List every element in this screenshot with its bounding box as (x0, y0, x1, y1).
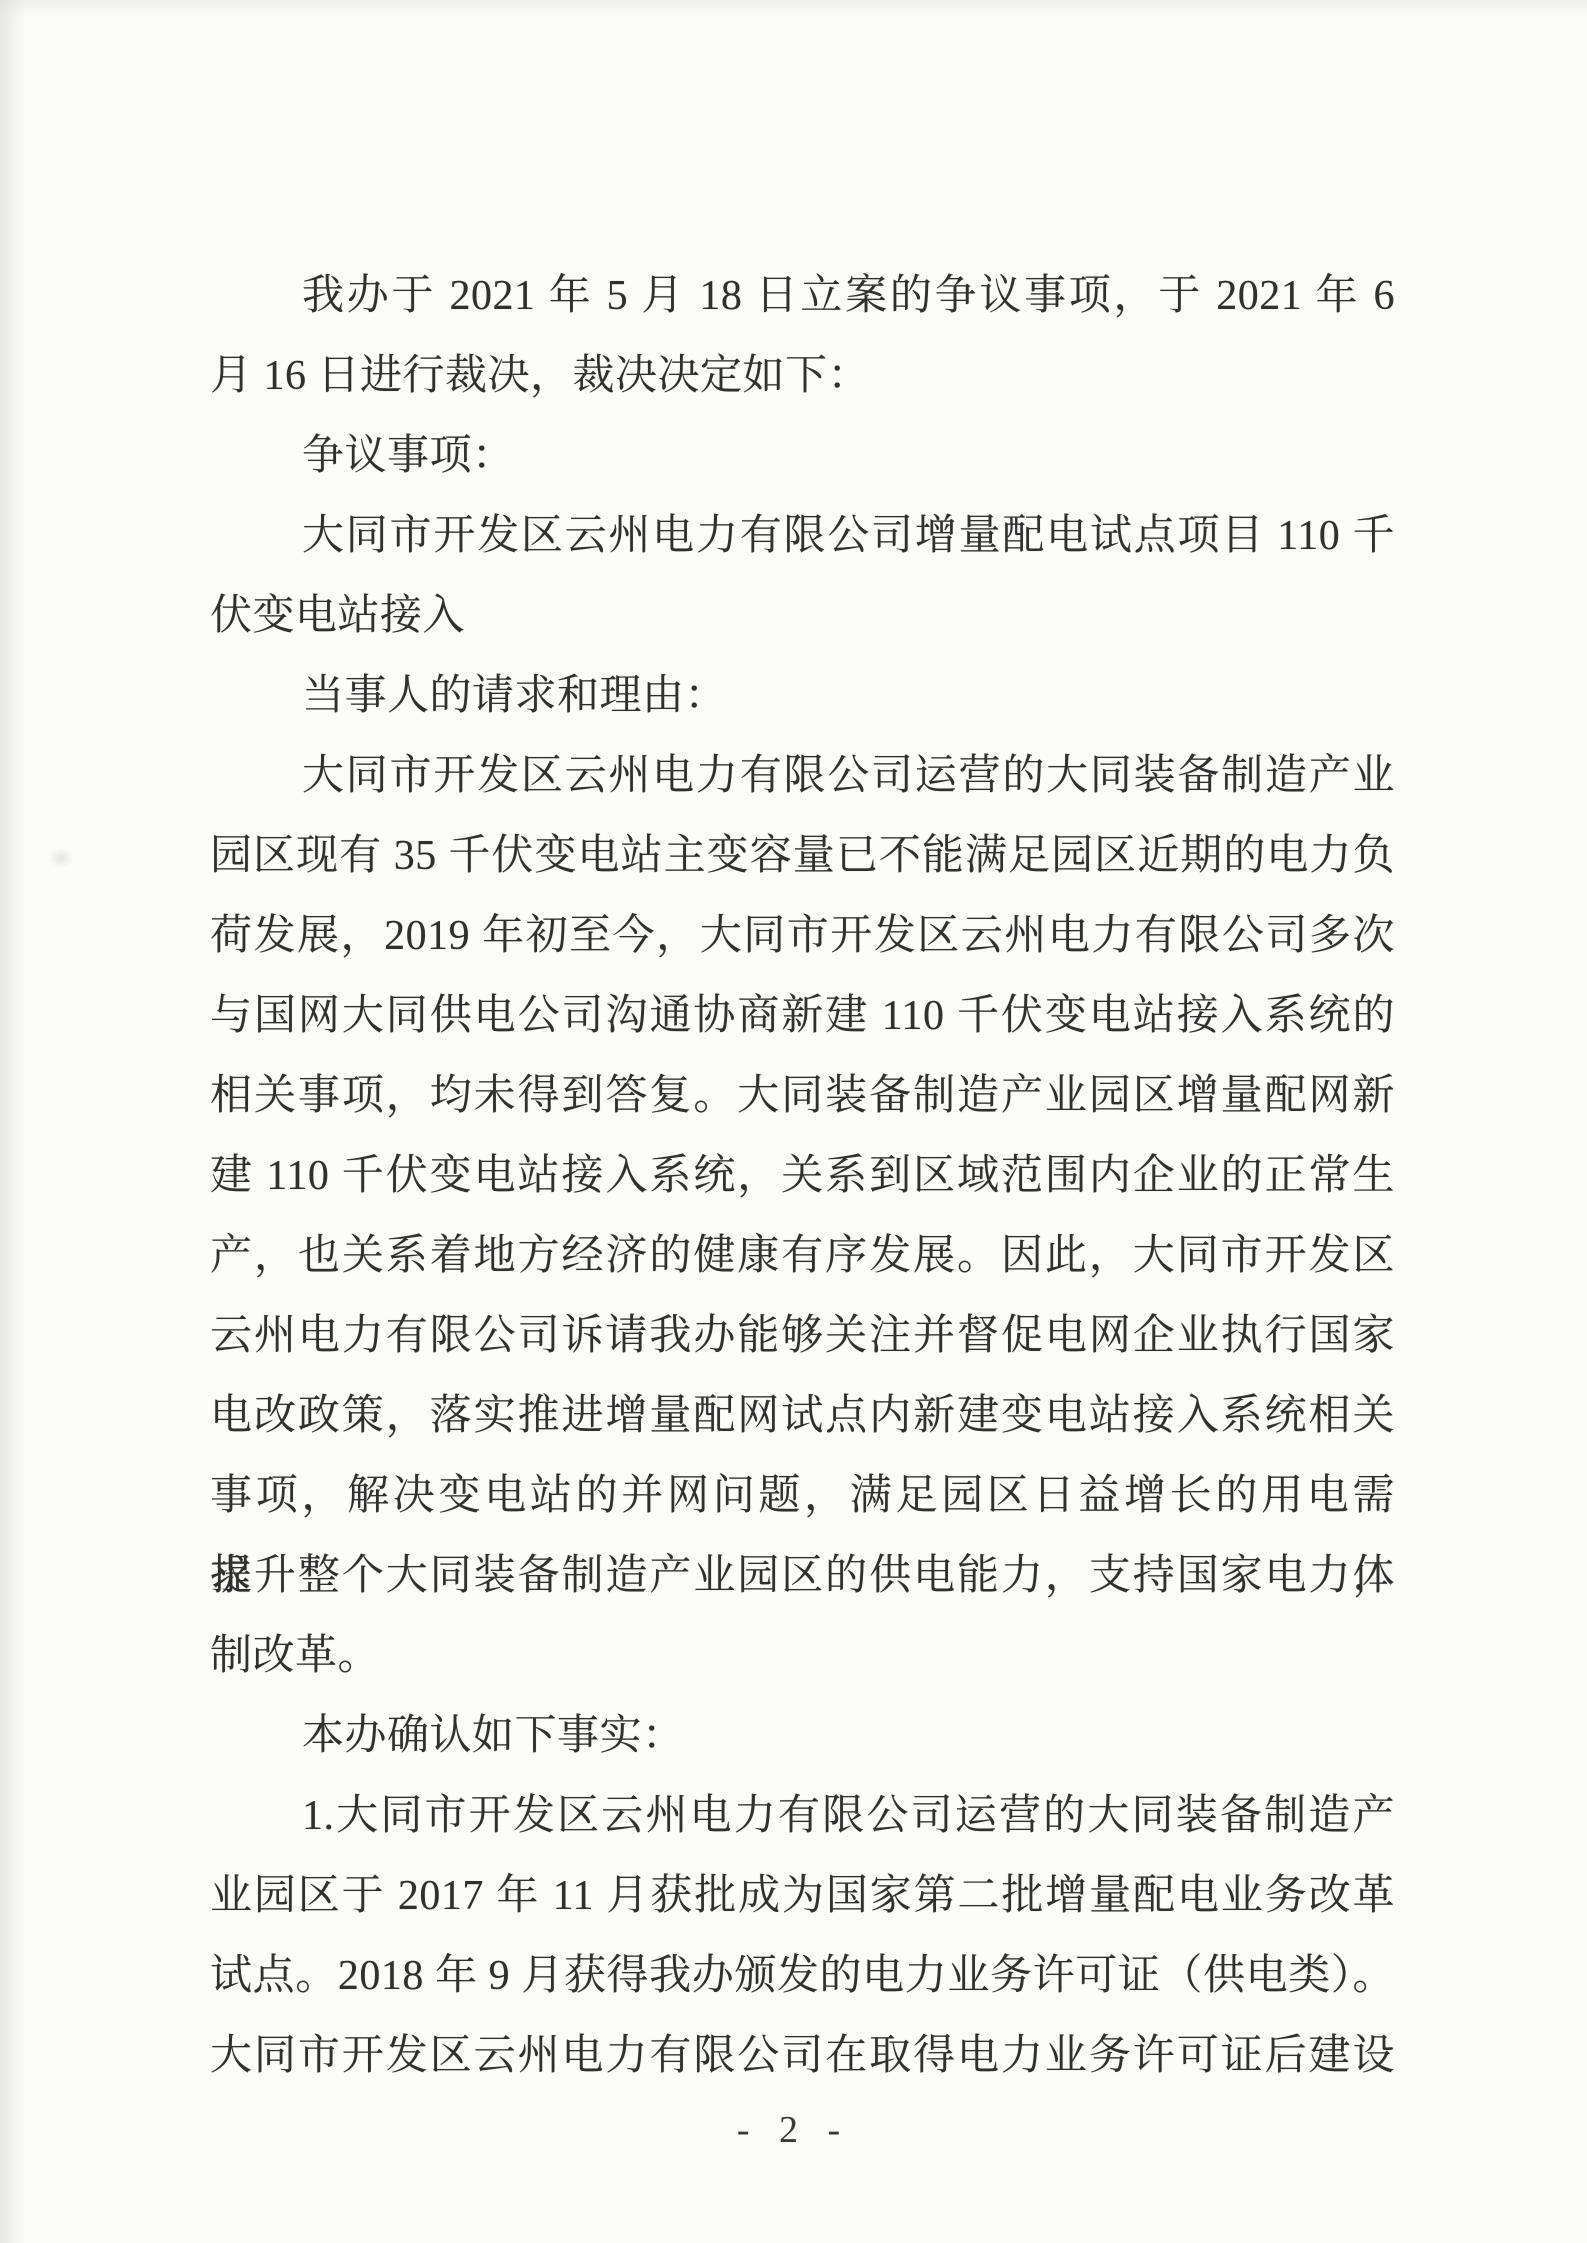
text-line: 伏变电站接入 (210, 576, 1395, 656)
text-line: 当事人的请求和理由： (210, 656, 1395, 736)
document-body: 我办于 2021 年 5 月 18 日立案的争议事项，于 2021 年 6月 1… (210, 256, 1395, 2096)
text-line: 相关事项，均未得到答复。大同装备制造产业园区增量配网新 (210, 1056, 1395, 1136)
text-line: 大同市开发区云州电力有限公司在取得电力业务许可证后建设 (210, 2016, 1395, 2096)
text-line: 本办确认如下事实： (210, 1696, 1395, 1776)
text-line: 争议事项： (210, 416, 1395, 496)
scan-edge-top-shading (0, 0, 1587, 18)
scan-edge-left-shading (0, 0, 26, 2243)
text-line: 大同市开发区云州电力有限公司运营的大同装备制造产业 (210, 736, 1395, 816)
text-line: 业园区于 2017 年 11 月获批成为国家第二批增量配电业务改革 (210, 1856, 1395, 1936)
page-number: - 2 - (0, 2098, 1587, 2162)
text-line: 试点。2018 年 9 月获得我办颁发的电力业务许可证（供电类）。 (210, 1936, 1395, 2016)
text-line: 提升整个大同装备制造产业园区的供电能力，支持国家电力体 (210, 1536, 1395, 1616)
text-line: 与国网大同供电公司沟通协商新建 110 千伏变电站接入系统的 (210, 976, 1395, 1056)
text-line: 制改革。 (210, 1616, 1395, 1696)
text-line: 园区现有 35 千伏变电站主变容量已不能满足园区近期的电力负 (210, 816, 1395, 896)
document-page: 我办于 2021 年 5 月 18 日立案的争议事项，于 2021 年 6月 1… (0, 0, 1587, 2243)
scan-smudge-artifact (48, 848, 74, 868)
text-line: 产，也关系着地方经济的健康有序发展。因此，大同市开发区 (210, 1216, 1395, 1296)
text-line: 月 16 日进行裁决，裁决决定如下： (210, 336, 1395, 416)
text-line: 电改政策，落实推进增量配网试点内新建变电站接入系统相关 (210, 1376, 1395, 1456)
text-line: 荷发展，2019 年初至今，大同市开发区云州电力有限公司多次 (210, 896, 1395, 976)
text-line: 1.大同市开发区云州电力有限公司运营的大同装备制造产 (210, 1776, 1395, 1856)
text-line: 事项，解决变电站的并网问题，满足园区日益增长的用电需求， (210, 1456, 1395, 1536)
text-line: 大同市开发区云州电力有限公司增量配电试点项目 110 千 (210, 496, 1395, 576)
text-line: 我办于 2021 年 5 月 18 日立案的争议事项，于 2021 年 6 (210, 256, 1395, 336)
text-line: 建 110 千伏变电站接入系统，关系到区域范围内企业的正常生 (210, 1136, 1395, 1216)
text-line: 云州电力有限公司诉请我办能够关注并督促电网企业执行国家 (210, 1296, 1395, 1376)
